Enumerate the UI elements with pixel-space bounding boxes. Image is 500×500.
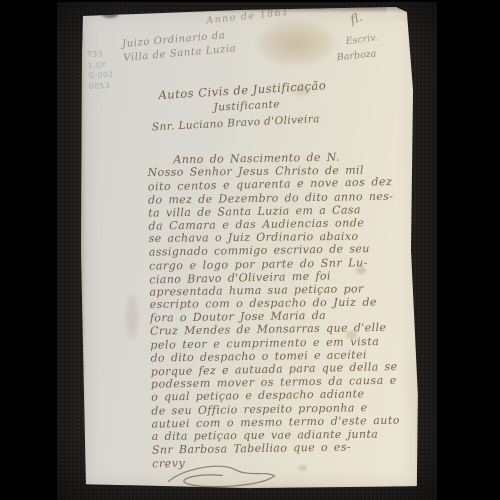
- clerk-note: Escriv.: [345, 32, 378, 47]
- body-text: Anno do Nascimento de N. Nosso Senhor Je…: [147, 150, 408, 493]
- case-title-line: Autos Civis de Justificação: [158, 78, 327, 102]
- photograph-of-manuscript: Anno de 1861 Juizo Ordinario da Villa de…: [0, 0, 500, 500]
- clerk-signature-note: Barboza: [336, 48, 377, 63]
- manuscript-page: Anno de 1861 Juizo Ordinario da Villa de…: [78, 5, 422, 492]
- case-title-line: Snr. Luciano Bravo d'Oliveira: [152, 113, 320, 133]
- body-line: escripto com o despacho do Juiz de: [150, 295, 406, 311]
- archival-code-line: G.002: [88, 70, 114, 82]
- folio-mark: fl.: [348, 10, 364, 27]
- body-line: a dita petiçao que vae adiante junta: [152, 427, 408, 443]
- case-title-line: Justificante: [213, 98, 280, 113]
- page-content: Anno de 1861 Juizo Ordinario da Villa de…: [78, 2, 430, 494]
- court-heading: Juizo Ordinario da Villa de Santa Luzia: [122, 28, 237, 66]
- archival-code-label: T33 1.Of G.002 0053: [87, 49, 115, 92]
- archival-code-line: 0053: [89, 80, 115, 92]
